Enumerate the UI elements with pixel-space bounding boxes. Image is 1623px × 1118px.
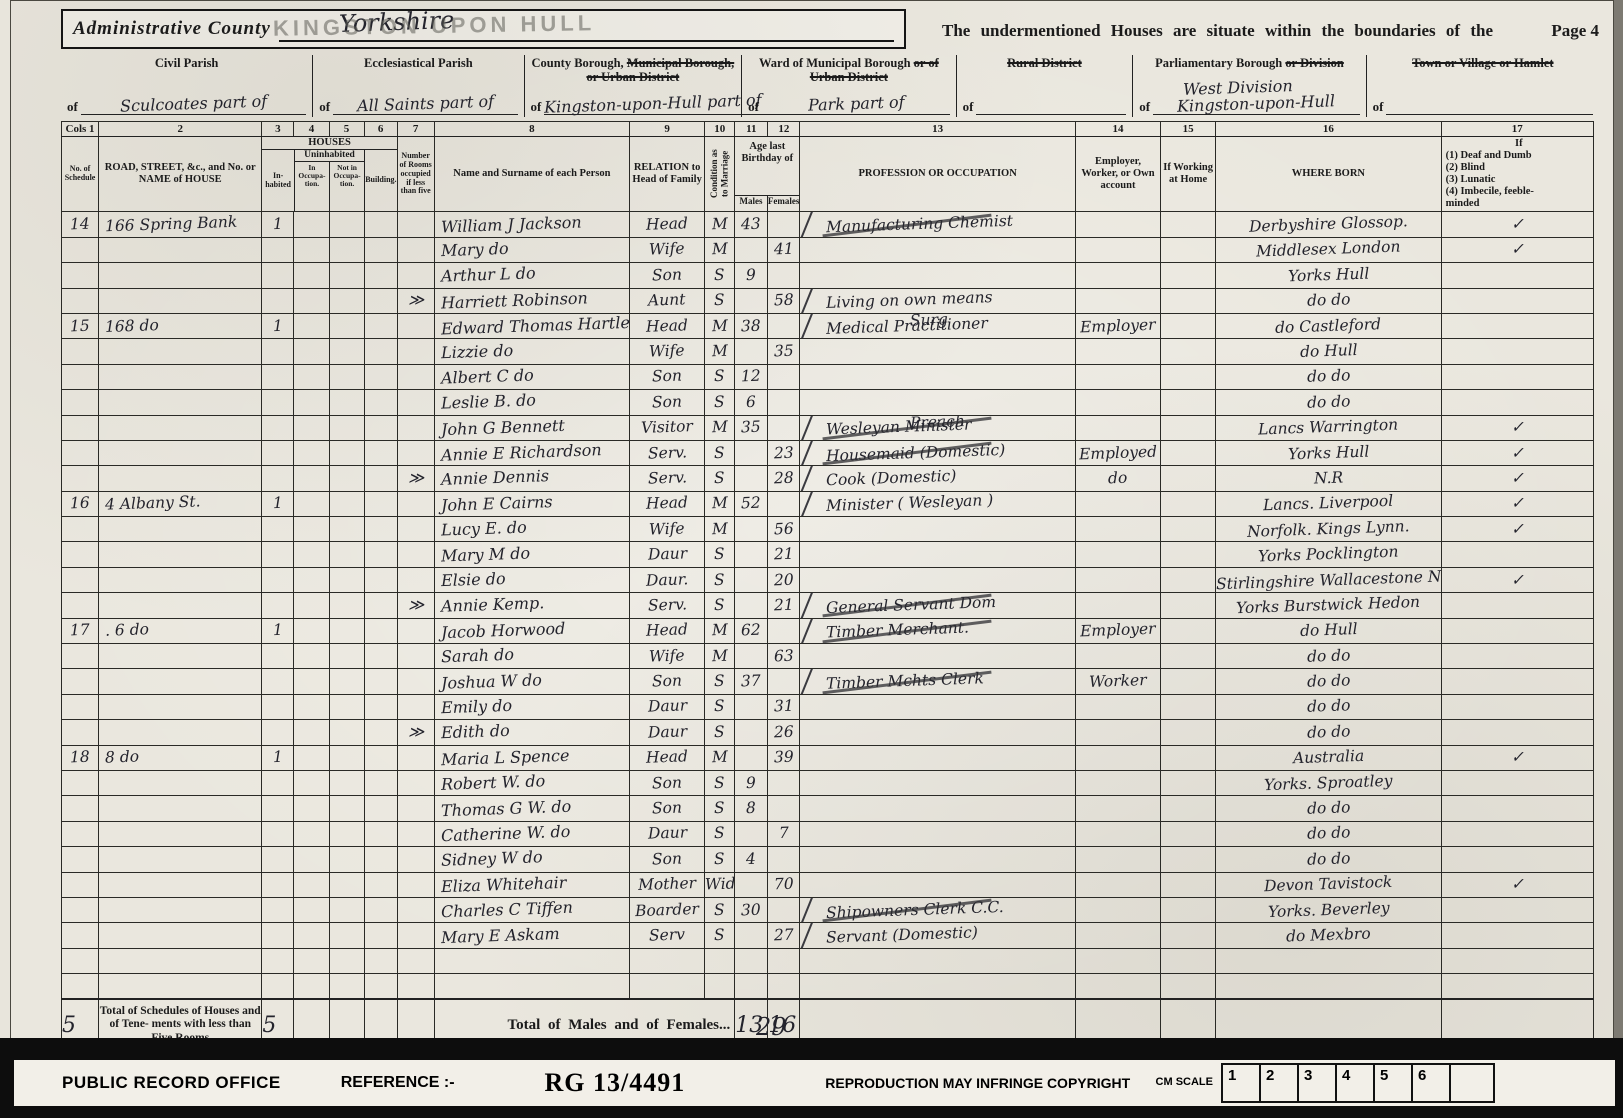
age-male [735,644,768,669]
employer-status [1075,212,1160,237]
copyright-notice: REPRODUCTION MAY INFRINGE COPYRIGHT [825,1075,1130,1091]
relation: Head [630,212,705,237]
census-row: ≫Annie DennisServ.S28Cook (Domestic)doN.… [62,466,1594,491]
infirmity-mark [1441,542,1593,567]
age-male-text: 37 [741,672,761,691]
parish-section-value: ofKingston-upon-Hull part of [531,94,736,115]
schedule-number [62,237,99,262]
census-row: Thomas G W. doSonS8do do [62,796,1594,821]
address [99,364,262,389]
schedule-number [62,593,99,618]
uninhabited-occ [294,364,329,389]
uninhabited-notocc [329,948,364,973]
uninhabited-notocc [329,339,364,364]
inhabited-mark [262,288,294,313]
age-male [735,923,768,948]
uninhabited-occ [294,974,329,999]
census-row: Leslie B. doSonS6do do [62,390,1594,415]
occupation: Living on own means [800,288,1076,313]
column-number: 16 [1216,122,1441,137]
rooms-mark [397,567,434,592]
infirmity-mark-text: ✓ [1510,215,1524,233]
relation-text: Aunt [648,291,686,310]
where-born: Norfolk. Kings Lynn. [1216,517,1441,542]
infirmity-if: If [1446,138,1592,150]
working-at-home [1161,644,1216,669]
relation-text: Wife [649,240,685,259]
person-name: William J Jackson [434,212,629,237]
condition-text: S [714,469,725,487]
working-at-home [1161,770,1216,795]
condition-text: M [711,494,727,513]
address [99,974,262,999]
working-at-home [1161,263,1216,288]
rooms-mark [397,237,434,262]
ruler-box: 3 [1297,1063,1335,1103]
undermentioned-houses-text: The undermentioned Houses are situate wi… [906,9,1529,41]
age-female-text: 26 [774,723,794,742]
occupation [800,567,1076,592]
building [364,745,397,770]
where-born: N.R [1216,466,1441,491]
census-row: Sidney W doSonS4do do [62,847,1594,872]
rooms-mark [397,948,434,973]
census-row: ≫Harriett RobinsonAuntS58Living on own m… [62,288,1594,313]
condition-text: S [714,266,725,284]
header-home: If Working at Home [1161,137,1216,212]
occupation: Manufacturing Chemist [800,212,1076,237]
uninhabited-notocc [329,593,364,618]
relation: Wife [630,237,705,262]
where-born: Derbyshire Glossop. [1216,212,1441,237]
uninhabited-notocc [329,720,364,745]
infirmity-mark-text: ✓ [1510,494,1524,512]
ruler-box: 5 [1373,1063,1411,1103]
age-female-text: 56 [774,519,794,538]
age-male: 8 [735,796,768,821]
uninhabited-notocc [329,872,364,897]
address: . 6 do [99,618,262,643]
employer-status-text: do [1108,469,1128,488]
occupation [800,796,1076,821]
employer-status [1075,897,1160,922]
occupation: PreachWesleyan Minister [800,415,1076,440]
schedule-number-text: 18 [70,748,90,767]
inhabited-mark: 1 [262,313,294,338]
inhabited-mark [262,923,294,948]
condition: S [705,466,735,491]
rooms-mark [397,313,434,338]
census-rows: 14166 Spring Bank1William J JacksonHeadM… [62,212,1594,999]
person-name [434,974,629,999]
census-row: Robert W. doSonS9Yorks. Sproatley [62,770,1594,795]
inhabited-mark-text: 1 [273,494,283,512]
uninhabited-occ [294,390,329,415]
parish-section-value: ofWest DivisionKingston-upon-Hull [1139,94,1359,115]
inhabited-mark-text: 1 [273,621,283,639]
where-born: Yorks. Sproatley [1216,770,1441,795]
employer-status: Employer [1075,313,1160,338]
where-born: Stirlingshire Wallacestone N.B. [1216,567,1441,592]
where-born-text: Lancs. Liverpool [1263,492,1394,515]
condition: S [705,923,735,948]
condition: M [705,237,735,262]
employer-status [1075,974,1160,999]
infirmity-mark-text: ✓ [1510,520,1524,538]
where-born-text: Yorks. Beverley [1267,898,1389,920]
schedule-number-text: 14 [70,215,90,234]
where-born-text: Devon Tavistock [1264,873,1393,895]
inhabited-mark: 1 [262,212,294,237]
address [99,770,262,795]
occupation-text: General Servant Dom [826,593,997,617]
footer-strip: PUBLIC RECORD OFFICE REFERENCE :- RG 13/… [14,1060,1615,1106]
condition: S [705,567,735,592]
inhabited-mark [262,339,294,364]
uninhabited-notocc [329,974,364,999]
working-at-home [1161,313,1216,338]
occupation [800,720,1076,745]
ruler-box: 4 [1335,1063,1373,1103]
age-female-text: 20 [774,570,794,589]
uninhabited-notocc [329,263,364,288]
where-born: do Hull [1216,339,1441,364]
inhabited-mark [262,720,294,745]
where-born: Yorks Hull [1216,440,1441,465]
census-row [62,974,1594,999]
where-born: Yorks Pocklington [1216,542,1441,567]
condition: S [705,897,735,922]
age-female [768,974,800,999]
age-female-text: 23 [774,443,794,462]
condition-text: M [711,621,727,640]
condition-text: S [714,697,725,715]
infirmity-mark [1441,770,1593,795]
age-female [768,796,800,821]
infirmity-mark [1441,313,1593,338]
age-female-text: 31 [774,697,794,716]
age-male [735,872,768,897]
employer-status [1075,872,1160,897]
infirmity-mark [1441,897,1593,922]
occupation-text: Shipowners Clerk C.C. [826,898,1004,922]
relation: Daur [630,694,705,719]
condition-text: S [714,367,725,385]
parish-header-row: Civil Parish ofSculcoates part ofEcclesi… [61,55,1599,117]
relation: Son [630,263,705,288]
header-building: Building. [365,176,396,185]
census-row: Eliza WhitehairMotherWid70Devon Tavistoc… [62,872,1594,897]
infirmity-mark [1441,847,1593,872]
address-text: 168 do [105,316,159,336]
working-at-home [1161,491,1216,516]
person-name: Mary do [434,237,629,262]
address [99,263,262,288]
person-name: Eliza Whitehair [434,872,629,897]
person-name-text: Maria L Spence [440,746,569,769]
rooms-mark [397,517,434,542]
where-born: Middlesex London [1216,237,1441,262]
occupation [800,339,1076,364]
employer-status-text: Employed [1079,442,1158,463]
schedule-number: 14 [62,212,99,237]
occupation [800,263,1076,288]
person-name: Edith do [434,720,629,745]
infirmity-mark-text: ✓ [1510,240,1524,258]
condition: S [705,847,735,872]
schedule-number [62,923,99,948]
where-born: do do [1216,720,1441,745]
age-female [768,669,800,694]
age-male: 37 [735,669,768,694]
employer-status: Employed [1075,440,1160,465]
schedule-number [62,440,99,465]
inhabited-mark [262,517,294,542]
person-name: Annie E Richardson [434,440,629,465]
uninhabited-occ [294,847,329,872]
employer-status [1075,567,1160,592]
age-female: 31 [768,694,800,719]
census-form-page: Administrative County Yorkshire KINGSTON… [10,0,1614,1040]
working-at-home [1161,720,1216,745]
condition-text: S [714,926,725,944]
age-female [768,948,800,973]
working-at-home [1161,593,1216,618]
age-male-text: 38 [741,316,761,335]
building [364,618,397,643]
uninhabited-notocc [329,364,364,389]
condition-text: S [714,672,725,690]
header-females: Females [767,196,800,211]
census-table: Cols 1234567891011121314151617 No. of Sc… [61,121,1594,1051]
infirmity-line: (1) Deaf and Dumb [1446,150,1592,162]
relation-text: Head [646,214,688,233]
address [99,669,262,694]
relation: Boarder [630,897,705,922]
schedule-number [62,897,99,922]
occupation [800,694,1076,719]
relation: Serv. [630,593,705,618]
where-born: do do [1216,847,1441,872]
age-female-text: 7 [779,824,789,842]
where-born-text: do do [1306,849,1350,869]
schedule-number [62,872,99,897]
rooms-mark-text: ≫ [407,596,424,615]
age-female: 21 [768,542,800,567]
value-underline: Kingston-upon-Hull part of [544,94,762,115]
address-text: . 6 do [105,621,150,641]
rooms-mark [397,542,434,567]
infirmity-mark [1441,796,1593,821]
uninhabited-notocc [329,440,364,465]
uninhabited-notocc [329,897,364,922]
uninhabited-occ [294,948,329,973]
rooms-mark [397,644,434,669]
employer-status: Worker [1075,669,1160,694]
column-number: 12 [768,122,800,137]
condition: S [705,821,735,846]
where-born: do do [1216,364,1441,389]
column-number: 15 [1161,122,1216,137]
where-born: do do [1216,796,1441,821]
struck-heading: Rural District [1007,56,1082,70]
infirmity-mark-text: ✓ [1510,418,1524,436]
employer-status-text: Employer [1080,620,1156,641]
census-row: Mary doWifeM41Middlesex London✓ [62,237,1594,262]
relation-text: Wife [649,341,685,360]
inhabited-mark-text: 1 [273,215,283,233]
person-name-text: Jacob Horwood [440,619,565,642]
relation-text: Daur [647,824,687,843]
schedule-number [62,669,99,694]
where-born-text: do Castleford [1275,315,1382,337]
condition-text: S [714,850,725,868]
census-row: Lizzie doWifeM35do Hull [62,339,1594,364]
uninhabited-occ [294,542,329,567]
relation: Head [630,491,705,516]
value-underline [1386,97,1593,115]
column-number: 7 [397,122,434,137]
condition-text: M [711,316,727,335]
schedule-number [62,364,99,389]
person-name-text: Edith do [440,721,509,742]
where-born-text: Norfolk. Kings Lynn. [1247,517,1410,541]
where-born-text: do Hull [1299,620,1357,640]
infirmity-mark-text: ✓ [1510,443,1524,461]
where-born-text: N.R [1313,468,1343,487]
relation: Serv. [630,440,705,465]
infirmity-mark: ✓ [1441,440,1593,465]
age-male: 43 [735,212,768,237]
relation-text: Serv. [647,595,687,614]
infirmity-mark: ✓ [1441,212,1593,237]
schedule-number [62,720,99,745]
person-name-text: Sidney W do [440,848,542,871]
uninhabited-occ [294,237,329,262]
employer-status [1075,339,1160,364]
where-born: Lancs Warrington [1216,415,1441,440]
where-born-text: Middlesex London [1256,238,1401,261]
building [364,440,397,465]
inhabited-mark [262,872,294,897]
person-name: Elsie do [434,567,629,592]
employer-status [1075,948,1160,973]
rooms-mark [397,212,434,237]
relation-text: Boarder [635,900,699,920]
schedule-number [62,644,99,669]
ruler-boxes: 123456 [1221,1063,1495,1103]
relation-text: Son [652,773,683,792]
employer-status [1075,491,1160,516]
employer-status [1075,517,1160,542]
employer-status [1075,796,1160,821]
address [99,415,262,440]
uninhabited-occ [294,415,329,440]
age-male [735,974,768,999]
age-female: 56 [768,517,800,542]
occupation: General Servant Dom [800,593,1076,618]
person-name: Emily do [434,694,629,719]
uninhabited-occ [294,694,329,719]
of-label: of [1139,99,1150,115]
struck-heading: or Division [1285,56,1343,70]
building [364,770,397,795]
employer-status [1075,593,1160,618]
condition: S [705,796,735,821]
census-row: 164 Albany St.1John E CairnsHeadM52Minis… [62,491,1594,516]
inhabited-mark: 1 [262,618,294,643]
column-number: 2 [99,122,262,137]
uninhabited-occ [294,567,329,592]
where-born: do do [1216,694,1441,719]
relation: Son [630,796,705,821]
person-name: Lucy E. do [434,517,629,542]
address [99,567,262,592]
working-at-home [1161,212,1216,237]
uninhabited-notocc [329,237,364,262]
building [364,313,397,338]
where-born: do do [1216,390,1441,415]
where-born-text: Yorks Hull [1287,264,1369,285]
building [364,542,397,567]
working-at-home [1161,440,1216,465]
address [99,466,262,491]
rooms-mark: ≫ [397,466,434,491]
inhabited-mark [262,974,294,999]
rooms-mark [397,669,434,694]
employer-status [1075,364,1160,389]
where-born: do Castleford [1216,313,1441,338]
occupation [800,517,1076,542]
working-at-home [1161,390,1216,415]
age-male [735,288,768,313]
of-label: of [531,99,542,115]
header-road: ROAD, STREET, &c., and No. or NAME of HO… [99,137,262,212]
address-text: 8 do [105,748,140,767]
census-row: ≫Annie Kemp.Serv.S21General Servant DomY… [62,593,1594,618]
employer-status [1075,745,1160,770]
building [364,415,397,440]
infirmity-mark [1441,644,1593,669]
reference-label: REFERENCE :- [341,1074,455,1092]
uninhabited-notocc [329,212,364,237]
relation: Son [630,390,705,415]
address: 168 do [99,313,262,338]
where-born: Yorks Hull [1216,263,1441,288]
rooms-mark [397,618,434,643]
where-born: do do [1216,644,1441,669]
age-male: 9 [735,263,768,288]
relation [630,974,705,999]
census-row: Elsie doDaur.S20Stirlingshire Wallacesto… [62,567,1594,592]
parish-section: Parliamentary Borough or DivisionofWest … [1132,55,1365,117]
relation: Son [630,770,705,795]
address [99,237,262,262]
age-female [768,770,800,795]
age-female [768,491,800,516]
condition [705,974,735,999]
where-born-text: Australia [1292,747,1364,767]
schedule-number [62,263,99,288]
where-born: do do [1216,821,1441,846]
schedule-number: 16 [62,491,99,516]
person-name-text: Annie Dennis [440,467,549,490]
working-at-home [1161,897,1216,922]
header-age: Age last Birthday of [735,137,799,195]
rooms-mark [397,263,434,288]
rooms-mark: ≫ [397,593,434,618]
inhabited-mark [262,644,294,669]
